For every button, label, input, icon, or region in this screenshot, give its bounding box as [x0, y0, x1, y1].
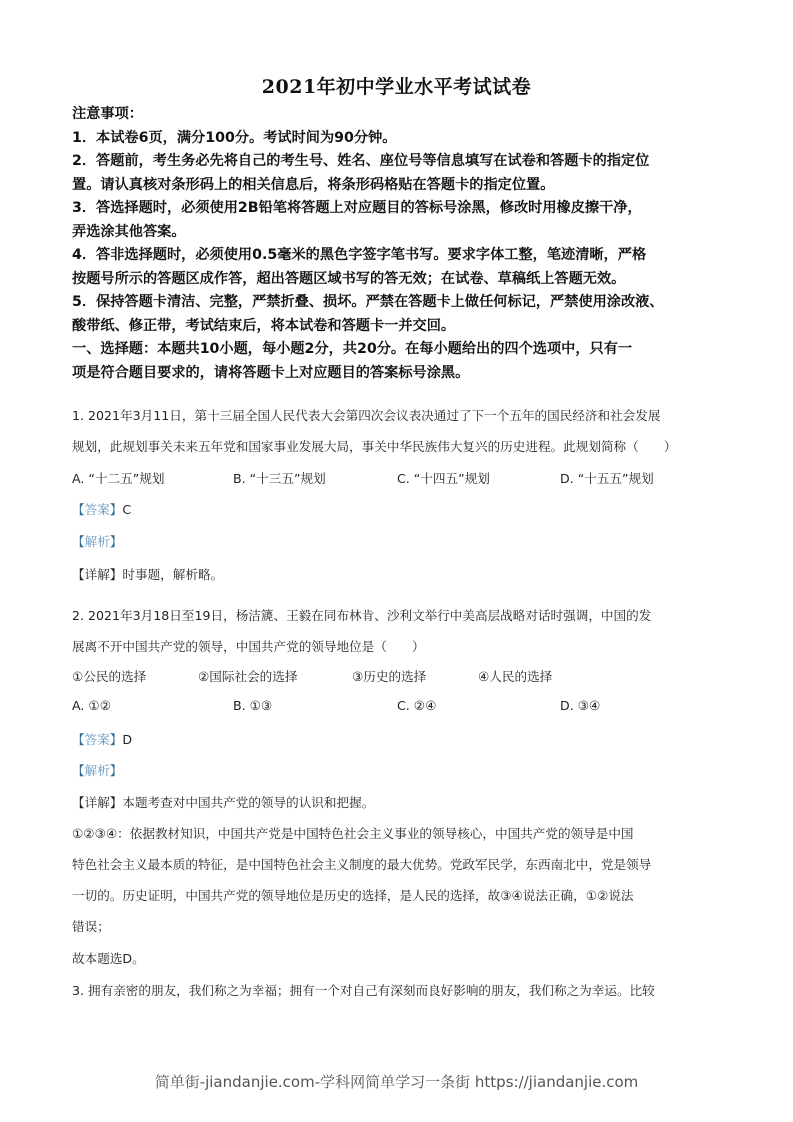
question-stem: 展离不开中国共产党的领导，中国共产党的领导地位是（ ）: [72, 636, 425, 655]
page-title: 2021年初中学业水平考试试卷: [0, 72, 793, 99]
statement-4: ④人民的选择: [478, 666, 552, 685]
detail-line: 【详解】本题考查对中国共产党的领导的认识和把握。: [72, 792, 374, 811]
detail-label: 【详解】: [72, 567, 122, 582]
notice-line: 酸带纸、修正带，考试结束后，将本试卷和答题卡一并交回。: [72, 315, 732, 339]
option-b: B. “十三五”规划: [233, 468, 326, 487]
notice-section: 注意事项： 1．本试卷6页，满分100分。考试时间为90分钟。 2．答题前，考生…: [72, 103, 732, 385]
option-a: A. “十二五”规划: [72, 468, 164, 487]
section-heading: 一、选择题：本题共10小题，每小题2分，共20分。在每小题给出的四个选项中，只有…: [72, 338, 732, 362]
notice-line: 按题号所示的答题区成作答，超出答题区域书写的答无效；在试卷、草稿纸上答题无效。: [72, 268, 732, 292]
statement-3: ③历史的选择: [352, 666, 426, 685]
notice-line: 5．保持答题卡清洁、完整，严禁折叠、损坏。严禁在答题卡上做任何标记，严禁使用涂改…: [72, 291, 732, 315]
statement-2: ②国际社会的选择: [198, 666, 297, 685]
detail-label: 【详解】: [72, 795, 122, 810]
answer-line: 【答案】D: [72, 729, 132, 748]
question-stem: 1. 2021年3月11日，第十三届全国人民代表大会第四次会议表决通过了下一个五…: [72, 405, 660, 424]
question-stem: 2. 2021年3月18日至19日，杨洁篪、王毅在同布林肯、沙利文举行中美高层战…: [72, 605, 651, 624]
notice-line: 2．答题前，考生务必先将自己的考生号、姓名、座位号等信息填写在试卷和答题卡的指定…: [72, 150, 732, 174]
detail-text: 错误；: [72, 916, 110, 935]
answer-label: 答案: [85, 502, 110, 517]
exam-page: 2021年初中学业水平考试试卷 注意事项： 1．本试卷6页，满分100分。考试时…: [0, 0, 793, 1122]
question-stem: 3. 拥有亲密的朋友，我们称之为幸福；拥有一个对自己有深刻而良好影响的朋友，我们…: [72, 980, 655, 999]
detail-text: 时事题，解析略。: [122, 567, 223, 582]
option-a: A. ①②: [72, 698, 111, 713]
detail-line: 【详解】时事题，解析略。: [72, 564, 223, 583]
option-d: D. ③④: [560, 698, 600, 713]
notice-line: 4．答非选择题时，必须使用0.5毫米的黑色字签字笔书写。要求字体工整，笔迹清晰，…: [72, 244, 732, 268]
option-c: C. ②④: [397, 698, 436, 713]
analysis-label: 解析: [85, 763, 110, 778]
notice-heading: 注意事项：: [72, 103, 732, 127]
analysis-line: 【解析】: [72, 760, 122, 779]
answer-value: C: [122, 502, 131, 517]
question-stem: 规划，此规划事关未来五年党和国家事业发展大局，事关中华民族伟大复兴的历史进程。此…: [72, 436, 677, 455]
detail-text: 本题考查对中国共产党的领导的认识和把握。: [122, 795, 374, 810]
footer-watermark: 简单街-jiandanjie.com-学科网简单学习一条街 https://ji…: [0, 1071, 793, 1092]
notice-line: 弄选涂其他答案。: [72, 221, 732, 245]
answer-value: D: [122, 732, 132, 747]
analysis-label: 解析: [85, 534, 110, 549]
detail-text: 特色社会主义最本质的特征，是中国特色社会主义制度的最大优势。党政军民学，东西南北…: [72, 854, 651, 873]
notice-line: 3．答选择题时，必须使用2B铅笔将答题上对应题目的答标号涂黑，修改时用橡皮擦干净…: [72, 197, 732, 221]
answer-line: 【答案】C: [72, 499, 131, 518]
option-d: D. “十五五”规划: [560, 468, 654, 487]
detail-text: ①②③④：依据教材知识，中国共产党是中国特色社会主义事业的领导核心，中国共产党的…: [72, 823, 634, 842]
notice-line: 1．本试卷6页，满分100分。考试时间为90分钟。: [72, 127, 732, 151]
detail-text: 一切的。历史证明，中国共产党的领导地位是历史的选择，是人民的选择，故③④说法正确…: [72, 885, 634, 904]
option-c: C. “十四五”规划: [397, 468, 490, 487]
analysis-line: 【解析】: [72, 531, 122, 550]
section-heading: 项是符合题目要求的，请将答题卡上对应题目的答案标号涂黑。: [72, 362, 732, 386]
detail-text: 故本题选D。: [72, 948, 145, 967]
option-b: B. ①③: [233, 698, 272, 713]
notice-line: 置。请认真核对条形码上的相关信息后，将条形码格贴在答题卡的指定位置。: [72, 174, 732, 198]
answer-label: 答案: [85, 732, 110, 747]
statement-1: ①公民的选择: [72, 666, 146, 685]
